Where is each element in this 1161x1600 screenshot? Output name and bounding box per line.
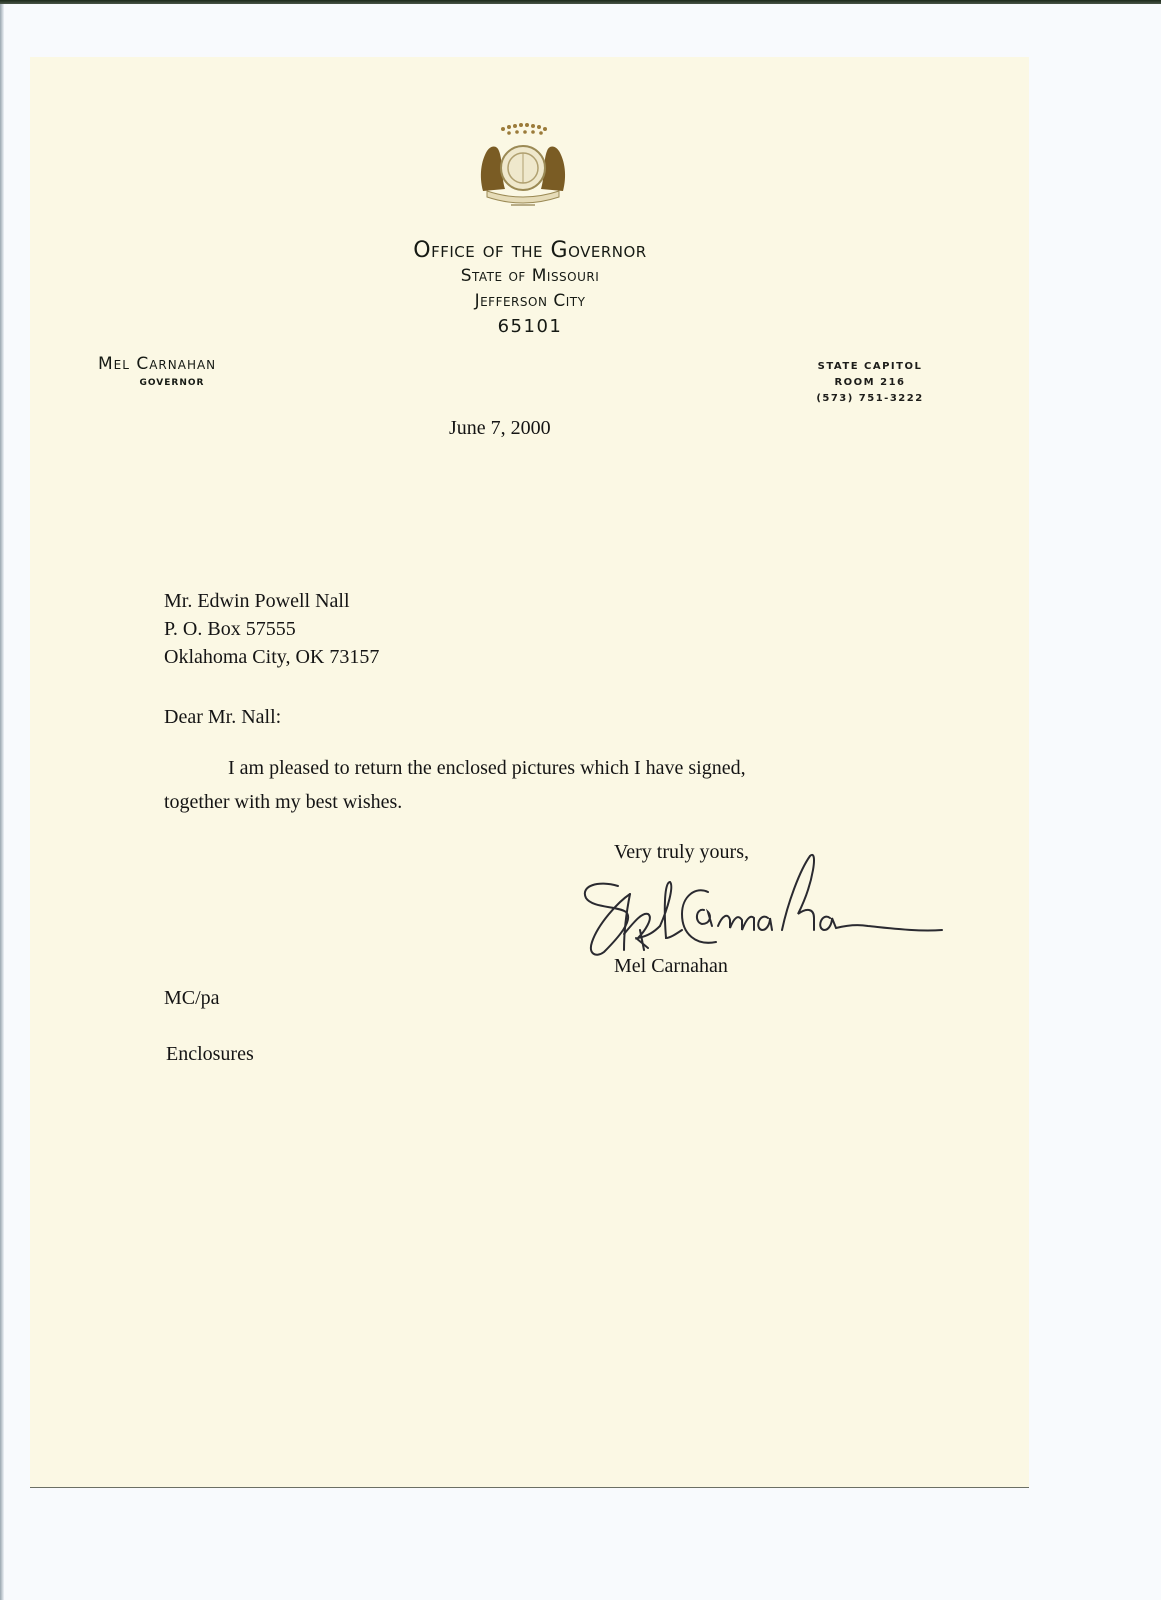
governor-title: GOVERNOR — [46, 378, 298, 388]
capitol-address-block: STATE CAPITOL ROOM 216 (573) 751-3222 — [780, 359, 960, 407]
letterhead-office-block: Office of the Governor State of Missouri… — [300, 238, 760, 339]
scan-top-edge — [0, 0, 1161, 4]
capitol-line: STATE CAPITOL — [780, 359, 960, 375]
recipient-name: Mr. Edwin Powell Nall — [164, 587, 379, 615]
zip-code: 65101 — [300, 314, 760, 339]
recipient-address: Mr. Edwin Powell Nall P. O. Box 57555 Ok… — [164, 587, 379, 671]
signer-name: Mel Carnahan — [614, 952, 728, 980]
recipient-po-box: P. O. Box 57555 — [164, 615, 379, 643]
governor-name: Mel Carnahan — [98, 354, 298, 374]
signature-icon — [578, 842, 948, 962]
scan-left-edge — [0, 4, 4, 1600]
state-seal-icon — [473, 121, 573, 213]
phone-line: (573) 751-3222 — [780, 391, 960, 407]
office-title: Office of the Governor — [300, 238, 760, 264]
city-name: Jefferson City — [300, 289, 760, 314]
body-line-2: together with my best wishes. — [164, 788, 402, 816]
letter-date: June 7, 2000 — [449, 417, 551, 440]
salutation: Dear Mr. Nall: — [164, 703, 281, 731]
typist-initials: MC/pa — [164, 984, 220, 1012]
body-line-1: I am pleased to return the enclosed pict… — [228, 754, 746, 782]
room-line: ROOM 216 — [780, 375, 960, 391]
governor-block: Mel Carnahan GOVERNOR — [98, 354, 298, 388]
enclosures-note: Enclosures — [166, 1040, 254, 1068]
recipient-city: Oklahoma City, OK 73157 — [164, 643, 379, 671]
state-name: State of Missouri — [300, 264, 760, 289]
